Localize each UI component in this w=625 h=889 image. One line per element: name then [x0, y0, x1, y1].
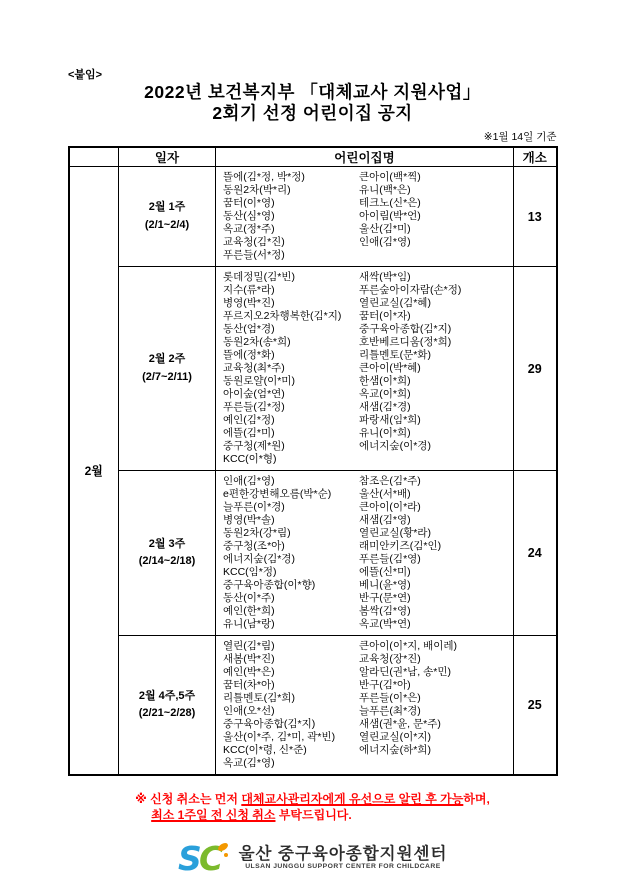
month-label: 2월: [69, 167, 119, 776]
center-entry: 큰아이(백*찍): [359, 171, 511, 184]
document-page: <붙임> 2022년 보건복지부 「대체교사 지원사업」 2회기 선정 어린이집…: [0, 0, 625, 889]
centers-cell-week2: 롯데정밀(김*빈)지수(류*라)병영(박*진)푸르지오2차행복한(김*지)동산(…: [216, 267, 514, 471]
center-entry: 롯데정밀(김*빈): [223, 271, 359, 284]
notice-line-2: 최소 1주일 전 신청 취소 부탁드립니다.: [135, 807, 490, 823]
center-entry: 중구청(조*아): [223, 540, 359, 553]
center-entry: 푸른들(서*정): [223, 249, 359, 262]
cancellation-notice: ※ 신청 취소는 먼저 대체교사관리자에게 유선으로 알린 후 가능하며, 최소…: [135, 791, 490, 823]
center-entry: 베니(윤*영): [359, 579, 511, 592]
title-line-2: 2회기 선정 어린이집 공지: [0, 103, 625, 124]
center-entry: 반구(문*연): [359, 592, 511, 605]
centers-cell-week1: 뜰에(김*정, 박*정)동원2차(박*리)꿈터(이*영)동산(심*영)옥교(정*…: [216, 167, 514, 267]
notice-text: 하며,: [463, 792, 490, 806]
center-entry: 열린(김*림): [223, 640, 359, 653]
footer-logo-area: S C 울산 중구육아종합지원센터 ULSAN JUNGGU SUPPORT C…: [0, 839, 625, 877]
center-entry: 지수(류*라): [223, 284, 359, 297]
week-label: 2월 2주: [119, 351, 215, 368]
center-entry: 래미안키즈(김*인): [359, 540, 511, 553]
org-name-block: 울산 중구육아종합지원센터 ULSAN JUNGGU SUPPORT CENTE…: [239, 846, 448, 870]
center-entry: 옥교(이*희): [359, 388, 511, 401]
center-entry: 에너지숲(김*경): [223, 553, 359, 566]
center-entry: 에너지숲(이*경): [359, 440, 511, 453]
center-entry: 병영(박*솔): [223, 514, 359, 527]
center-entry: 옥교(정*주): [223, 223, 359, 236]
center-entry: 동원2차(박*리): [223, 184, 359, 197]
center-list-left: 인애(김*영)e편한강변해오름(박*순)늘푸른(이*경)병영(박*솔)동원2차(…: [223, 475, 359, 631]
center-entry: 동산(심*영): [223, 210, 359, 223]
center-list-right: 큰아이(이*지, 배이레)교육청(장*진)알라딘(권*남, 송*민)반구(김*아…: [359, 640, 511, 770]
period-label: (2/21~2/28): [119, 705, 215, 722]
center-entry: 아이림(박*언): [359, 210, 511, 223]
notice-underlined-text: 최소 1주일 전 신청 취소: [151, 808, 275, 822]
center-entry: 열린교실(황*라): [359, 527, 511, 540]
center-entry: 인애(김*영): [223, 475, 359, 488]
title-line-1: 2022년 보건복지부 「대체교사 지원사업」: [0, 82, 625, 103]
center-entry: 리틀멘토(문*화): [359, 349, 511, 362]
notice-line-1: ※ 신청 취소는 먼저 대체교사관리자에게 유선으로 알린 후 가능하며,: [135, 791, 490, 807]
center-entry: 교육청(최*주): [223, 362, 359, 375]
week-label: 2월 3주: [119, 536, 215, 553]
count-cell-week4-5: 25: [514, 636, 557, 776]
center-entry: 열린교실(이*지): [359, 731, 511, 744]
center-entry: 아이숲(엄*연): [223, 388, 359, 401]
center-entry: 예인(김*정): [223, 414, 359, 427]
header-center-name: 어린이집명: [216, 147, 514, 167]
center-entry: 늘푸른(최*경): [359, 705, 511, 718]
center-entry: 열린교실(김*혜): [359, 297, 511, 310]
period-label: (2/7~2/11): [119, 369, 215, 386]
notice-text: 신청 취소는 먼저: [150, 792, 241, 806]
center-entry: 교육청(김*진): [223, 236, 359, 249]
center-entry: 교육청(장*진): [359, 653, 511, 666]
center-entry: 새샘(권*윤, 문*주): [359, 718, 511, 731]
reference-date-note: ※1월 14일 기준: [69, 129, 557, 144]
center-entry: 새샘(김*경): [359, 401, 511, 414]
center-entry: 동원2차(강*림): [223, 527, 359, 540]
table-row-week1: 2월 2월 1주 (2/1~2/4) 뜰에(김*정, 박*정)동원2차(박*리)…: [69, 167, 557, 267]
table-row-week4-5: 2월 4주,5주 (2/21~2/28) 열린(김*림)새봄(박*진)예인(박*…: [69, 636, 557, 776]
center-entry: 반구(김*아): [359, 679, 511, 692]
notice-text: 부탁드립니다.: [276, 808, 352, 822]
page-title: 2022년 보건복지부 「대체교사 지원사업」 2회기 선정 어린이집 공지: [0, 0, 625, 124]
center-entry: 동산(엄*경): [223, 323, 359, 336]
center-entry: 울산(이*주, 김*미, 곽*빈): [223, 731, 359, 744]
center-entry: 새샘(김*영): [359, 514, 511, 527]
header-date: 일자: [119, 147, 216, 167]
center-entry: 인애(오*선): [223, 705, 359, 718]
center-entry: 예인(박*은): [223, 666, 359, 679]
center-entry: 큰아이(이*지, 배이레): [359, 640, 511, 653]
table-row-week2: 2월 2주 (2/7~2/11) 롯데정밀(김*빈)지수(류*라)병영(박*진)…: [69, 267, 557, 471]
center-entry: 꿈터(이*영): [223, 197, 359, 210]
center-list-right: 참조은(김*주)울산(서*배)큰아이(이*라)새샘(김*영)열린교실(황*라)래…: [359, 475, 511, 631]
attachment-label: <붙임>: [68, 66, 102, 82]
center-entry: 리틀멘토(김*희): [223, 692, 359, 705]
notice-underlined-text: 대체교사관리자에게 유선으로 알린 후 가능: [241, 792, 463, 806]
center-entry: 울산(김*미): [359, 223, 511, 236]
center-entry: 유니(남*랑): [223, 618, 359, 631]
center-entry: 에너지숲(하*희): [359, 744, 511, 757]
header-month: [69, 147, 119, 167]
center-entry: 새봄(박*진): [223, 653, 359, 666]
center-entry: 울산(서*배): [359, 488, 511, 501]
schedule-table: 일자 어린이집명 개소 2월 2월 1주 (2/1~2/4) 뜰에(김*정, 박…: [68, 146, 558, 776]
org-name-korean: 울산 중구육아종합지원센터: [239, 846, 448, 863]
center-entry: 꿈터(이*자): [359, 310, 511, 323]
center-entry: 푸른숲아이자람(손*정): [359, 284, 511, 297]
center-entry: 병영(박*진): [223, 297, 359, 310]
center-entry: 동원로얄(이*미): [223, 375, 359, 388]
center-entry: 중구청(제*원): [223, 440, 359, 453]
center-entry: 옥교(김*영): [223, 757, 359, 770]
center-entry: 중구육아종합(김*지): [223, 718, 359, 731]
center-entry: KCC(임*정): [223, 566, 359, 579]
center-entry: 유니(이*희): [359, 427, 511, 440]
center-entry: 중구육아종합(이*향): [223, 579, 359, 592]
table-row-week3: 2월 3주 (2/14~2/18) 인애(김*영)e편한강변해오름(박*순)늘푸…: [69, 471, 557, 636]
date-cell-week1: 2월 1주 (2/1~2/4): [119, 167, 216, 267]
center-list-left: 롯데정밀(김*빈)지수(류*라)병영(박*진)푸르지오2차행복한(김*지)동산(…: [223, 271, 359, 466]
period-label: (2/1~2/4): [119, 217, 215, 234]
center-entry: 호반베르디움(정*희): [359, 336, 511, 349]
center-logo-icon: S C: [178, 839, 232, 877]
center-entry: KCC(이*령, 신*준): [223, 744, 359, 757]
date-cell-week3: 2월 3주 (2/14~2/18): [119, 471, 216, 636]
center-entry: 새싹(박*임): [359, 271, 511, 284]
header-row: 일자 어린이집명 개소: [69, 147, 557, 167]
center-entry: 중구육아종합(김*지): [359, 323, 511, 336]
center-entry: 에뜰(김*미): [223, 427, 359, 440]
date-cell-week2: 2월 2주 (2/7~2/11): [119, 267, 216, 471]
week-label: 2월 4주,5주: [119, 688, 215, 705]
center-entry: 푸른들(김*정): [223, 401, 359, 414]
center-entry: 큰아이(이*라): [359, 501, 511, 514]
center-entry: 에뜰(신*미): [359, 566, 511, 579]
center-entry: 늘푸른(이*경): [223, 501, 359, 514]
count-cell-week2: 29: [514, 267, 557, 471]
center-entry: 푸르지오2차행복한(김*지): [223, 310, 359, 323]
count-cell-week3: 24: [514, 471, 557, 636]
svg-text:C: C: [199, 839, 223, 877]
count-cell-week1: 13: [514, 167, 557, 267]
center-entry: 예인(한*희): [223, 605, 359, 618]
date-cell-week4-5: 2월 4주,5주 (2/21~2/28): [119, 636, 216, 776]
centers-cell-week4-5: 열린(김*림)새봄(박*진)예인(박*은)꿈터(차*아)리틀멘토(김*희)인애(…: [216, 636, 514, 776]
center-entry: e편한강변해오름(박*순): [223, 488, 359, 501]
center-entry: 참조은(김*주): [359, 475, 511, 488]
center-entry: 큰아이(박*혜): [359, 362, 511, 375]
center-list-left: 열린(김*림)새봄(박*진)예인(박*은)꿈터(차*아)리틀멘토(김*희)인애(…: [223, 640, 359, 770]
center-list-left: 뜰에(김*정, 박*정)동원2차(박*리)꿈터(이*영)동산(심*영)옥교(정*…: [223, 171, 359, 262]
header-count: 개소: [514, 147, 557, 167]
center-list-right: 새싹(박*임)푸른숲아이자람(손*정)열린교실(김*혜)꿈터(이*자)중구육아종…: [359, 271, 511, 466]
centers-cell-week3: 인애(김*영)e편한강변해오름(박*순)늘푸른(이*경)병영(박*솔)동원2차(…: [216, 471, 514, 636]
center-entry: 한샘(이*희): [359, 375, 511, 388]
center-entry: 유니(백*은): [359, 184, 511, 197]
center-entry: 봄싹(김*영): [359, 605, 511, 618]
center-entry: 푸른들(김*영): [359, 553, 511, 566]
center-entry: 꿈터(차*아): [223, 679, 359, 692]
org-name-english: ULSAN JUNGGU SUPPORT CENTER FOR CHILDCAR…: [239, 863, 448, 870]
center-entry: 동원2차(송*희): [223, 336, 359, 349]
center-entry: 뜰에(정*화): [223, 349, 359, 362]
center-entry: 푸른들(이*은): [359, 692, 511, 705]
center-entry: 옥교(박*연): [359, 618, 511, 631]
center-entry: 알라딘(권*남, 송*민): [359, 666, 511, 679]
period-label: (2/14~2/18): [119, 553, 215, 570]
center-entry: 뜰에(김*정, 박*정): [223, 171, 359, 184]
center-entry: 테크노(신*은): [359, 197, 511, 210]
center-entry: 인애(김*영): [359, 236, 511, 249]
center-entry: KCC(이*형): [223, 453, 359, 466]
week-label: 2월 1주: [119, 199, 215, 216]
notice-asterisk: ※: [135, 792, 150, 806]
center-entry: 파랑새(임*희): [359, 414, 511, 427]
center-list-right: 큰아이(백*찍)유니(백*은)테크노(신*은)아이림(박*언)울산(김*미)인애…: [359, 171, 511, 262]
center-entry: 동산(이*주): [223, 592, 359, 605]
